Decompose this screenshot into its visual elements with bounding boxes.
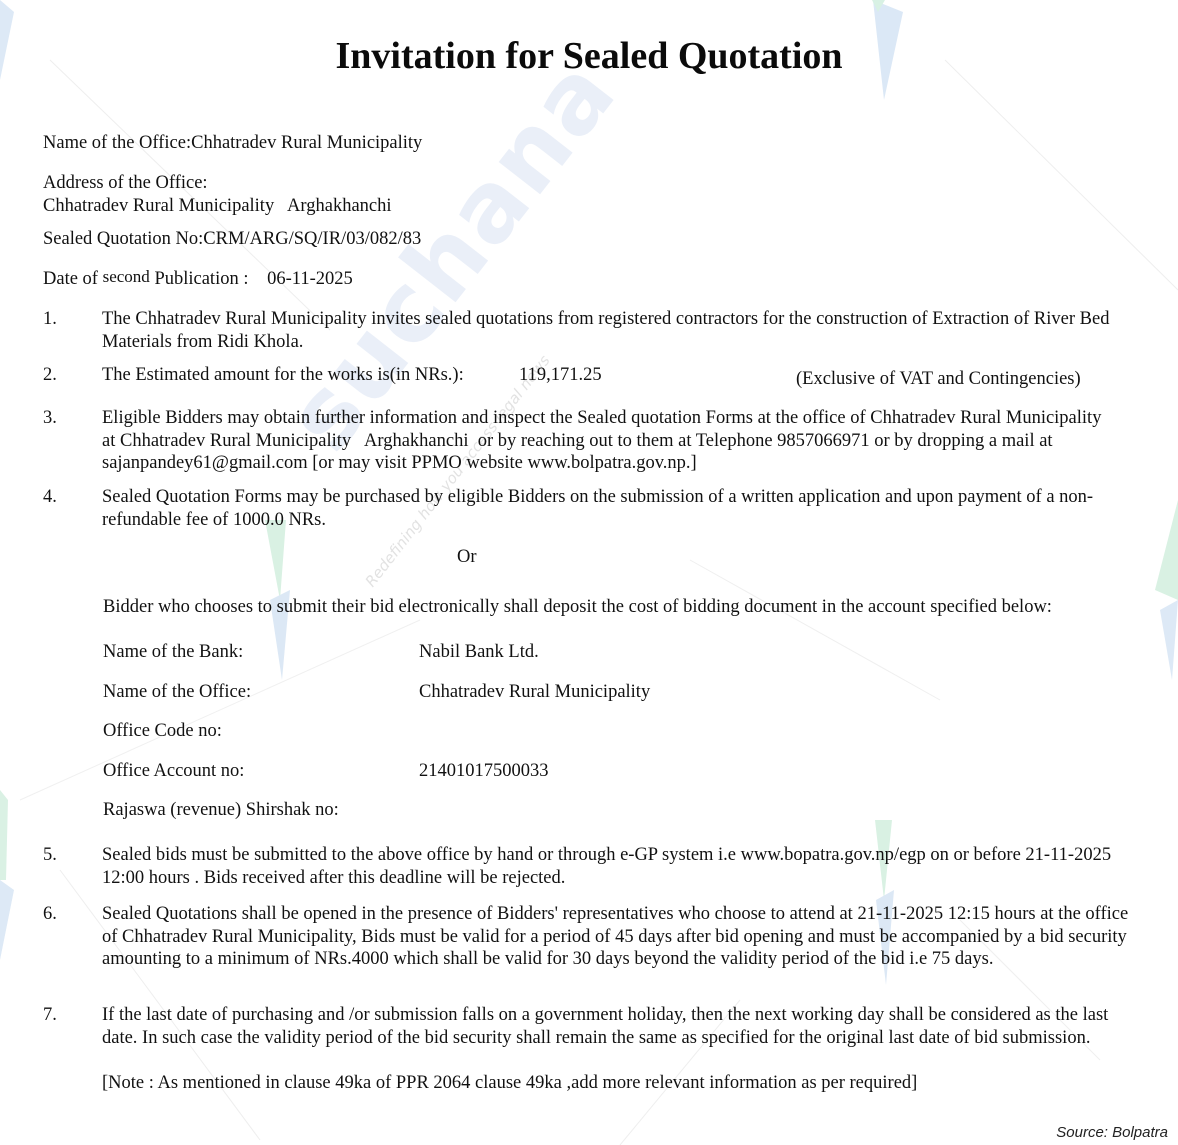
publication-suffix: Publication :	[154, 269, 248, 289]
bank-office-value: Chhatradev Rural Municipality	[419, 681, 650, 704]
item-number: 1.	[43, 308, 57, 331]
item-text: Sealed bids must be submitted to the abo…	[102, 844, 1132, 889]
source-credit: Source: Bolpatra	[1056, 1122, 1168, 1145]
document-title: Invitation for Sealed Quotation	[0, 33, 1178, 79]
item-number: 2.	[43, 364, 57, 387]
item-text: The Chhatradev Rural Municipality invite…	[102, 308, 1132, 353]
bank-office-label: Name of the Office:	[103, 681, 251, 704]
estimated-amount-note: (Exclusive of VAT and Contingencies)	[796, 368, 1081, 391]
account-number-value: 21401017500033	[419, 760, 549, 783]
item-number: 3.	[43, 407, 57, 430]
item-text: If the last date of purchasing and /or s…	[102, 1004, 1137, 1049]
publication-date: 06-11-2025	[267, 269, 353, 289]
item-number: 6.	[43, 903, 57, 926]
item-number: 7.	[43, 1004, 57, 1027]
item-note: [Note : As mentioned in clause 49ka of P…	[102, 1072, 917, 1095]
revenue-heading-label: Rajaswa (revenue) Shirshak no:	[103, 799, 339, 822]
item-number: 4.	[43, 486, 57, 509]
office-name: Name of the Office:Chhatradev Rural Muni…	[43, 132, 422, 155]
or-separator: Or	[457, 546, 477, 569]
bank-name-value: Nabil Bank Ltd.	[419, 641, 539, 664]
quotation-number: Sealed Quotation No:CRM/ARG/SQ/IR/03/082…	[43, 228, 421, 251]
address-value: Chhatradev Rural Municipality Arghakhanc…	[43, 195, 392, 218]
publication-prefix: Date of	[43, 269, 98, 289]
item-text: Sealed Quotations shall be opened in the…	[102, 903, 1137, 971]
publication-date-line: Date of second Publication : 06-11-2025	[43, 268, 353, 291]
item-number: 5.	[43, 844, 57, 867]
publication-ordinal: second	[103, 267, 150, 286]
electronic-deposit-text: Bidder who chooses to submit their bid e…	[103, 596, 1052, 619]
watermark-brand: suchana	[300, 65, 603, 443]
office-code-label: Office Code no:	[103, 720, 222, 743]
address-label: Address of the Office:	[43, 172, 208, 195]
item-text: Eligible Bidders may obtain further info…	[102, 407, 1102, 475]
item-text: Sealed Quotation Forms may be purchased …	[102, 486, 1137, 531]
estimated-amount-label: The Estimated amount for the works is(in…	[102, 364, 464, 387]
estimated-amount-value: 119,171.25	[519, 364, 602, 387]
account-number-label: Office Account no:	[103, 760, 244, 783]
bank-name-label: Name of the Bank:	[103, 641, 243, 664]
